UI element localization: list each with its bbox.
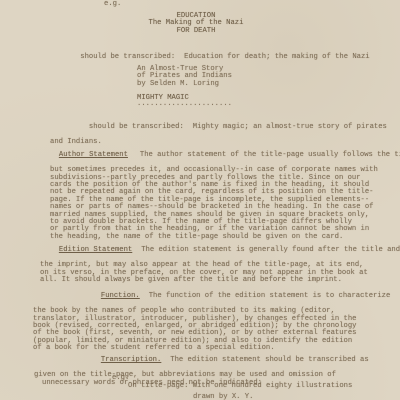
example1-transcription-label: should be transcribed: bbox=[80, 53, 175, 61]
document-page: e.g. EDUCATION The Making of the Nazi FO… bbox=[0, 0, 400, 400]
edition-statement-heading: Edition Statement bbox=[59, 246, 132, 254]
example2-transcription-label: should be transcribed: bbox=[89, 123, 184, 131]
author-statement-heading: Author Statement bbox=[59, 151, 128, 159]
function-heading: Function. bbox=[101, 292, 140, 300]
example1-title-block: EDUCATION The Making of the Nazi FOR DEA… bbox=[0, 13, 392, 35]
author-statement-first-line: The author statement of the title-page u… bbox=[140, 151, 400, 159]
example2-transcription: should be transcribed:Mighty magic; an a… bbox=[0, 117, 387, 147]
edition-statement-first-line: The edition statement is generally found… bbox=[141, 246, 400, 254]
author-statement-section: Author StatementThe author statement of … bbox=[0, 145, 400, 241]
example-label-bottom: e.g. bbox=[112, 375, 129, 382]
edition-statement-line: all. It should always be given after the… bbox=[0, 277, 400, 284]
example-label-top: e.g. bbox=[104, 1, 121, 8]
example1-transcription-value: Education for death; the making of the N… bbox=[184, 53, 369, 61]
transcription-first-line: The edition statement should be transcri… bbox=[170, 356, 368, 364]
example2-title-block: An Almost-True Story of Pirates and Indi… bbox=[137, 66, 232, 88]
function-first-line: The function of the edition statement is… bbox=[149, 292, 391, 300]
function-section: Function.The function of the edition sta… bbox=[0, 286, 390, 353]
example1-title-line3: FOR DEATH bbox=[0, 28, 392, 35]
transcription-heading: Transcription. bbox=[101, 356, 161, 364]
edition-statement-section: Edition StatementThe edition statement i… bbox=[0, 240, 400, 284]
example2-dotted-rule: ...................... bbox=[137, 101, 232, 108]
example2-transcription-value: Mighty magic; an almost-true story of pi… bbox=[193, 123, 387, 131]
example2-title-line3: by Selden M. Loring bbox=[137, 81, 232, 88]
bottom-example-line2: drawn by X. Y. bbox=[193, 394, 253, 400]
bottom-example-line1: On title-page: With one hundred eighty i… bbox=[128, 383, 352, 390]
